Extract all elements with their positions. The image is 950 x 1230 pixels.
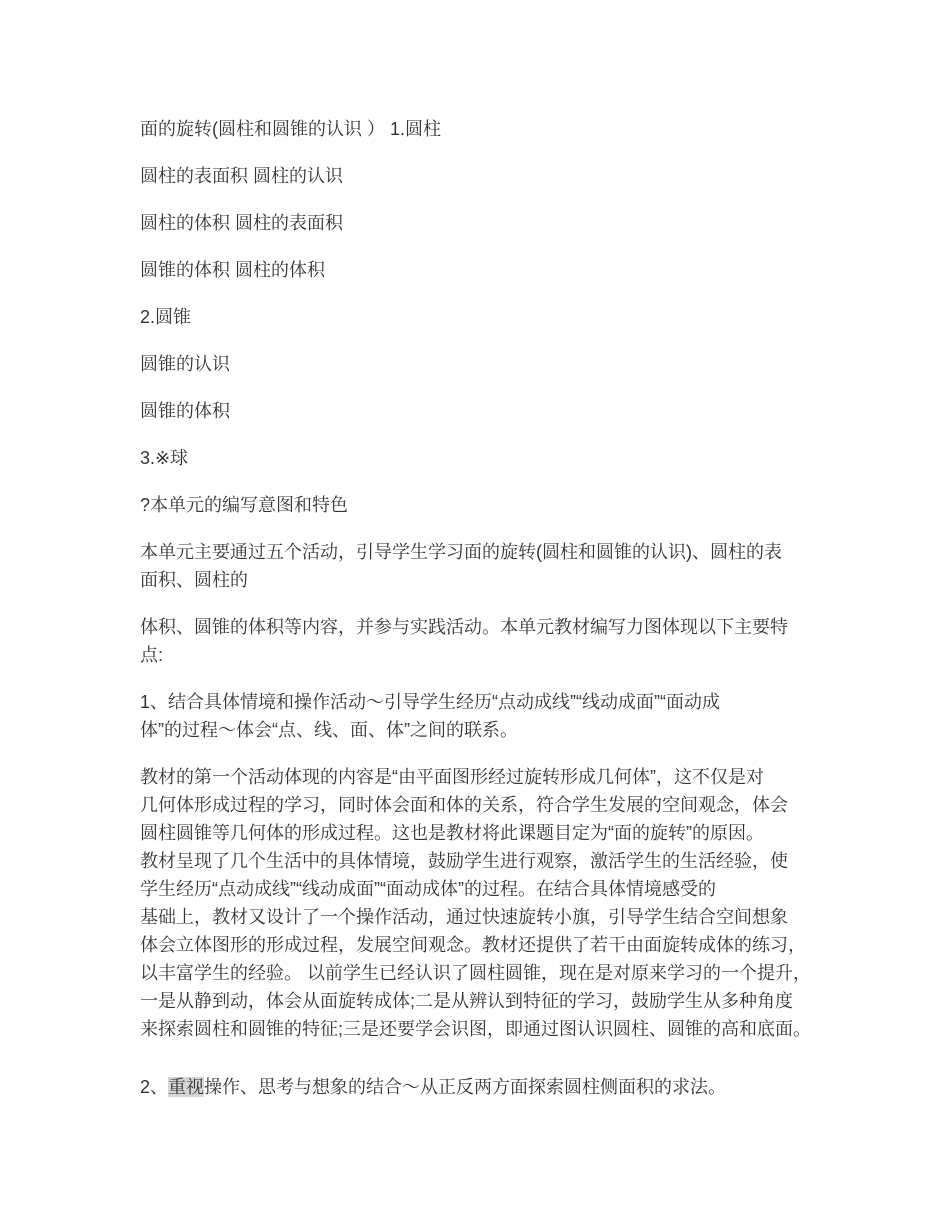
text-line: 体”的过程～体会“点、线、面、体”之间的联系。	[140, 716, 812, 744]
paragraph-intro-continued: 体积、圆锥的体积等内容，并参与实践活动。本单元教材编写力图体现以下主要特 点:	[140, 613, 812, 669]
outline-line: 圆锥的认识	[140, 350, 812, 378]
text-line: 来探索圆柱和圆锥的特征;三是还要学会识图，即通过图认识圆柱、圆锥的高和底面。	[140, 1015, 812, 1043]
text-line: 学生经历“点动成线”“线动成面”“面动成体”的过程。在结合具体情境感受的	[140, 875, 812, 903]
text-line: 1、结合具体情境和操作活动～引导学生经历“点动成线”“线动成面”“面动成	[140, 688, 812, 716]
text-line: 体会立体图形的形成过程，发展空间观念。教材还提供了若干由面旋转成体的练习，	[140, 931, 812, 959]
outline-line: 圆柱的表面积 圆柱的认识	[140, 162, 812, 190]
outline-line: 3.※球	[140, 444, 812, 472]
text-line: 体积、圆锥的体积等内容，并参与实践活动。本单元教材编写力图体现以下主要特	[140, 613, 812, 641]
text-line: 几何体形成过程的学习，同时体会面和体的关系，符合学生发展的空间观念，体会	[140, 791, 812, 819]
feature-1-heading: 1、结合具体情境和操作活动～引导学生经历“点动成线”“线动成面”“面动成 体”的…	[140, 688, 812, 744]
text-line: 面积、圆柱的	[140, 566, 812, 594]
paragraph-intro: 本单元主要通过五个活动，引导学生学习面的旋转(圆柱和圆锥的认识)、圆柱的表 面积…	[140, 538, 812, 594]
text-line: 本单元主要通过五个活动，引导学生学习面的旋转(圆柱和圆锥的认识)、圆柱的表	[140, 538, 812, 566]
text-line: 教材的第一个活动体现的内容是“由平面图形经过旋转形成几何体”，这不仅是对	[140, 763, 812, 791]
document-content: 面的旋转(圆柱和圆锥的认识 ） 1.圆柱 圆柱的表面积 圆柱的认识 圆柱的体积 …	[140, 115, 812, 1120]
feature-2-heading: 2、重视操作、思考与想象的结合～从正反两方面探索圆柱侧面积的求法。	[140, 1073, 812, 1101]
text-line: 基础上，教材又设计了一个操作活动，通过快速旋转小旗，引导学生结合空间想象	[140, 903, 812, 931]
outline-line: 圆柱的体积 圆柱的表面积	[140, 209, 812, 237]
unit-intent-heading: ?本单元的编写意图和特色	[140, 491, 812, 519]
outline-line: 圆锥的体积	[140, 397, 812, 425]
section-title: 面的旋转(圆柱和圆锥的认识 ） 1.圆柱	[140, 115, 812, 143]
document-page: 面的旋转(圆柱和圆锥的认识 ） 1.圆柱 圆柱的表面积 圆柱的认识 圆柱的体积 …	[0, 0, 950, 1230]
text-line: 一是从静到动，体会从面旋转成体;二是从辨认到特征的学习，鼓励学生从多种角度	[140, 987, 812, 1015]
feature-1-body: 教材的第一个活动体现的内容是“由平面图形经过旋转形成几何体”，这不仅是对 几何体…	[140, 763, 812, 1043]
feature-2-rest: 操作、思考与想象的结合～从正反两方面探索圆柱侧面积的求法。	[204, 1077, 726, 1097]
outline-line: 2.圆锥	[140, 303, 812, 331]
feature-2-prefix: 2、	[140, 1077, 168, 1097]
text-line: 以丰富学生的经验。 以前学生已经认识了圆柱圆锥，现在是对原来学习的一个提升，	[140, 959, 812, 987]
text-line: 教材呈现了几个生活中的具体情境，鼓励学生进行观察，激活学生的生活经验，使	[140, 847, 812, 875]
outline-line: 圆锥的体积 圆柱的体积	[140, 256, 812, 284]
text-line: 圆柱圆锥等几何体的形成过程。这也是教材将此课题目定为“面的旋转”的原因。	[140, 819, 812, 847]
text-line: 2、重视操作、思考与想象的结合～从正反两方面探索圆柱侧面积的求法。	[140, 1073, 812, 1101]
text-line: 点:	[140, 641, 812, 669]
highlighted-text: 重视	[168, 1077, 204, 1097]
